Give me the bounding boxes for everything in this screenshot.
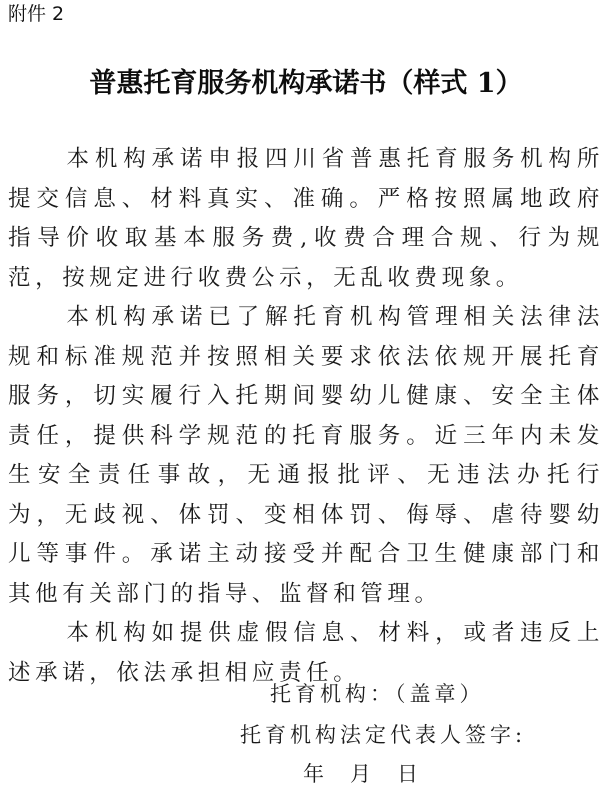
- attachment-label: 附件 2: [8, 2, 64, 26]
- paragraph-compliance-commitment: 本机构承诺已了解托育机构管理相关法律法规和标准规范并按照相关要求依法依规开展托育…: [8, 298, 604, 614]
- date-day-label: 日: [397, 760, 422, 788]
- date-month-label: 月: [350, 760, 375, 788]
- document-title: 普惠托育服务机构承诺书（样式 1）: [0, 64, 612, 104]
- document-body: 本机构承诺申报四川省普惠托育服务机构所提交信息、材料真实、准确。严格按照属地政府…: [8, 140, 604, 693]
- date-line: 年月日: [303, 760, 422, 788]
- paragraph-fee-commitment: 本机构承诺申报四川省普惠托育服务机构所提交信息、材料真实、准确。严格按照属地政府…: [8, 140, 604, 298]
- organization-seal-label: 托育机构：（盖章）: [270, 680, 485, 708]
- date-year-label: 年: [303, 760, 328, 788]
- representative-signature-label: 托育机构法定代表人签字:: [240, 721, 526, 749]
